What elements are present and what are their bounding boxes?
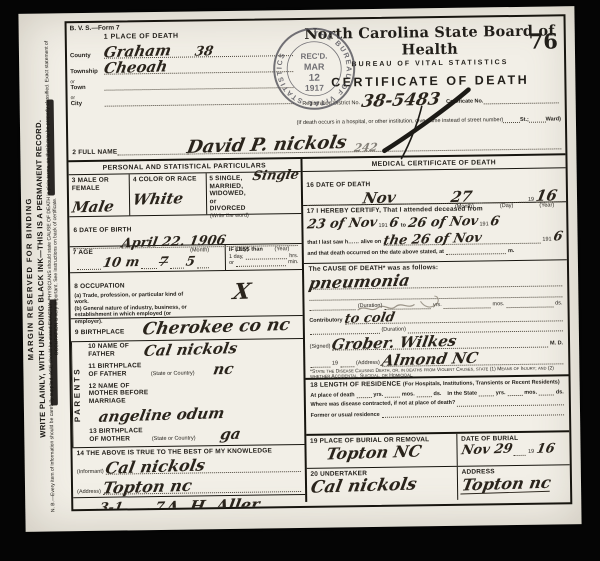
sex-value: Male <box>71 199 115 215</box>
county-label: County <box>70 53 104 59</box>
filed-label: 15 Filed <box>77 508 98 511</box>
last-saw-value: the 26 of Nov <box>382 231 482 247</box>
marital-field: 5 SINGLE, MARRIED, WIDOWED, or DIVORCED … <box>205 172 301 214</box>
physician-address-label: (Address) <box>356 360 380 367</box>
cause-mos: mos. <box>492 301 504 308</box>
city-line: orCity <box>71 89 294 107</box>
where-contracted-label: Where was disease contracted, if not at … <box>310 400 455 409</box>
contributory-duration-label: (Duration) <box>381 327 406 334</box>
undertaker-row: 20 UNDERTAKER Cal nickols ADDRESS Topton… <box>306 465 570 502</box>
place-of-burial-field: 19 PLACE OF BURIAL OR REMOVAL Topton NC <box>306 434 457 468</box>
state-mos-label: mos. <box>524 389 537 396</box>
mother-birthplace-value: ga <box>219 426 242 442</box>
undertaker-address-field: ADDRESS Topton nc <box>456 465 570 500</box>
mother-name-field: 12 NAME OF MOTHER BEFORE MARRIAGE angeli… <box>85 378 304 426</box>
occupation-label: 8 OCCUPATION <box>74 282 125 290</box>
dob-year-sublabel: (Year) <box>274 246 289 253</box>
contributory-label: Contributory <box>309 317 342 324</box>
occupation-value: X <box>231 280 252 303</box>
or-label: or <box>229 260 234 267</box>
state-ds-label: ds. <box>556 389 564 396</box>
to-year-printed: 191 <box>479 221 488 228</box>
res-ds-label: ds. <box>433 391 441 398</box>
attended-to-value: 26 of Nov <box>407 214 479 229</box>
stamp-year: 1917 <box>305 83 324 93</box>
undertaker-address-value: Topton nc <box>460 474 552 494</box>
mother-name-value: angeline odum <box>97 405 225 424</box>
filed-date-value: 3-1 <box>99 501 125 511</box>
last-saw-label: that I last saw h…… alive on <box>307 239 381 247</box>
registration-district-value: 38-5483 <box>360 91 441 110</box>
residence-label: 18 LENGTH OF RESIDENCE <box>310 381 401 390</box>
ward-label: Ward) <box>546 116 561 123</box>
in-state-label: In the State <box>447 390 477 397</box>
town-label: orTown <box>70 78 104 91</box>
date-of-birth-field: 6 DATE OF BIRTH April 22. 1906 (Month) (… <box>69 214 301 247</box>
to-year-value: 6 <box>489 215 500 228</box>
place-of-death-section: B. V. S.—Form 7 1 PLACE OF DEATH County … <box>67 20 297 117</box>
undertaker-value: Cal nickols <box>309 476 418 496</box>
father-birthplace-value: nc <box>212 361 235 377</box>
from-year-value: 6 <box>388 216 399 229</box>
dob-value: April 22. 1906 <box>120 234 226 250</box>
county-line: County Graham 38 <box>70 41 293 59</box>
race-field: 4 COLOR OR RACE White <box>129 173 206 215</box>
state-yrs-label: yrs. <box>496 390 506 397</box>
death-occurred-label: and that death occurred on the date abov… <box>307 248 444 256</box>
filed-year-printed: 191 <box>144 508 153 512</box>
race-label: 4 COLOR OR RACE <box>133 175 203 183</box>
filed-year-value: 7 <box>154 501 165 511</box>
burial-row: 19 PLACE OF BURIAL OR REMOVAL Topton NC … <box>306 432 570 469</box>
informant-label: (Informant) <box>77 468 104 475</box>
city-label: orCity <box>71 94 105 107</box>
township-value: Cheoah <box>103 59 169 76</box>
informant-address-value: Topton nc <box>101 478 193 497</box>
min-label: min. <box>288 259 298 266</box>
burial-date-value: Nov 29 <box>460 442 513 457</box>
full-name-extra-mark: 242 <box>353 142 378 154</box>
m-label: m. <box>508 248 515 255</box>
township-label: Township <box>70 69 104 75</box>
certify-section: 17 I HEREBY CERTIFY, That I attended dec… <box>303 202 567 264</box>
age-years-value: 10 m <box>102 255 141 269</box>
parents-section: PARENTS 10 NAME OF FATHER Cal nickols 11… <box>71 338 304 447</box>
age-months-value: 7 <box>158 255 169 268</box>
street-label: St.; <box>520 116 529 123</box>
certificate-scan: MARGIN RESERVED FOR BINDING WRITE PLAINL… <box>18 6 581 532</box>
registrar-signature: A. H. Aller <box>164 497 260 511</box>
res-yrs-label: yrs. <box>373 391 383 398</box>
age-days-value: 5 <box>185 255 196 268</box>
mother-name-label: 12 NAME OF MOTHER BEFORE MARRIAGE <box>89 382 151 405</box>
binding-ink-mark <box>49 299 57 405</box>
stamp-recd: REC'D. <box>301 52 328 61</box>
informant-value: Cal nickols <box>104 457 206 476</box>
full-name-label: 2 FULL NAME <box>72 148 117 156</box>
birthplace-field: 9 BIRTHPLACE Cherokee co nc <box>71 315 303 341</box>
cause-of-death-section: The CAUSE OF DEATH* was as follows: pneu… <box>304 260 569 380</box>
birthplace-label: 9 BIRTHPLACE <box>75 328 125 336</box>
form-body: PERSONAL AND STATISTICAL PARTICULARS 3 M… <box>68 153 570 505</box>
certificate-no-label: Certificate No. <box>446 98 483 105</box>
attended-from-value: 23 of Nov <box>306 216 378 231</box>
death-certificate-form: B. V. S.—Form 7 1 PLACE OF DEATH County … <box>65 14 573 511</box>
mother-birthplace-label: 13 BIRTHPLACE OF MOTHER <box>89 427 147 443</box>
burial-year-value: 16 <box>535 442 556 456</box>
mother-birthplace-field: 13 BIRTHPLACE OF MOTHER (State or Countr… <box>85 423 304 446</box>
contributory-value: to cold <box>343 311 395 326</box>
sex-field: 3 MALE OR FEMALE Male <box>69 174 130 216</box>
physician-address-value: Almond NC <box>380 350 479 368</box>
dod-label: 16 DATE OF DEATH <box>306 181 370 189</box>
stamp-month: MAR <box>304 62 325 72</box>
undertaker-field: 20 UNDERTAKER Cal nickols <box>306 467 457 502</box>
signed-year-label: 19 <box>332 360 338 367</box>
sex-label: 3 MALE OR FEMALE <box>72 176 126 192</box>
signed-label: (Signed) <box>310 344 331 351</box>
residence-note: (For Hospitals, Institutions, Transients… <box>403 379 560 388</box>
informant-section: 14 THE ABOVE IS TRUE TO THE BEST OF MY K… <box>72 444 304 498</box>
birthplace-value: Cherokee co nc <box>141 316 291 338</box>
date-of-burial-field: DATE OF BURIAL Nov 29 19 16 <box>456 432 570 466</box>
occupation-field: 8 OCCUPATION (a) Trade, profession, or p… <box>70 269 302 318</box>
sex-race-marital-row: 3 MALE OR FEMALE Male 4 COLOR OR RACE Wh… <box>69 172 301 217</box>
county-number: 38 <box>194 45 215 59</box>
cause-duration-label: (Duration) <box>358 303 383 310</box>
cause-ds: ds. <box>555 300 562 307</box>
marital-value: Single <box>251 169 300 183</box>
cause-value: pneumonia <box>307 272 411 291</box>
father-name-label: 10 NAME OF FATHER <box>88 342 140 358</box>
registrar-label: Registrar. <box>277 506 301 512</box>
informant-address-label: (Address) <box>77 488 101 495</box>
mother-birthplace-note: (State or Country) <box>152 435 196 442</box>
md-label: M. D. <box>550 340 563 347</box>
marital-label: 5 SINGLE, MARRIED, WIDOWED, or DIVORCED <box>209 175 252 213</box>
place-of-death-title: 1 PLACE OF DEATH <box>104 31 293 41</box>
to-label: to <box>401 223 406 230</box>
certificate-page-number: 76 <box>528 28 558 53</box>
full-name-value: David P. nickols <box>185 134 348 157</box>
last-year-value: 6 <box>552 230 563 243</box>
binding-ink-mark <box>47 99 55 195</box>
father-name-value: Cal nickols <box>143 341 239 359</box>
personal-particulars-column: PERSONAL AND STATISTICAL PARTICULARS 3 M… <box>68 159 306 505</box>
race-value: White <box>132 191 185 208</box>
filed-section: 15 Filed 3-1 191 7 A. H. Aller Registrar… <box>73 495 305 511</box>
last-year-printed: 191 <box>542 236 551 243</box>
length-of-residence-section: 18 LENGTH OF RESIDENCE (For Hospitals, I… <box>305 376 569 436</box>
from-year-printed: 191 <box>378 223 387 230</box>
dob-label: 6 DATE OF BIRTH <box>73 226 131 234</box>
father-birthplace-note: (State or Country) <box>151 370 195 377</box>
former-residence-label: Former or usual residence <box>311 411 380 418</box>
received-stamp: THE BUREAU OF VITAL STATISTICS REC'D. MA… <box>271 25 358 112</box>
date-of-death-field: 16 DATE OF DEATH Nov 27 19 16 (Month) (D… <box>302 168 566 206</box>
burial-year-printed: 19 <box>528 449 534 456</box>
father-birthplace-label: 11 BIRTHPLACE OF FATHER <box>88 362 146 378</box>
res-mos-label: mos. <box>402 391 415 398</box>
at-place-label: At place of death <box>310 392 354 399</box>
cause-yrs: yrs. <box>433 302 442 309</box>
burial-place-value: Topton NC <box>325 443 423 462</box>
medical-certificate-column: MEDICAL CERTIFICATE OF DEATH 16 DATE OF … <box>302 155 570 502</box>
dob-day-sublabel: (Day) <box>235 247 249 254</box>
